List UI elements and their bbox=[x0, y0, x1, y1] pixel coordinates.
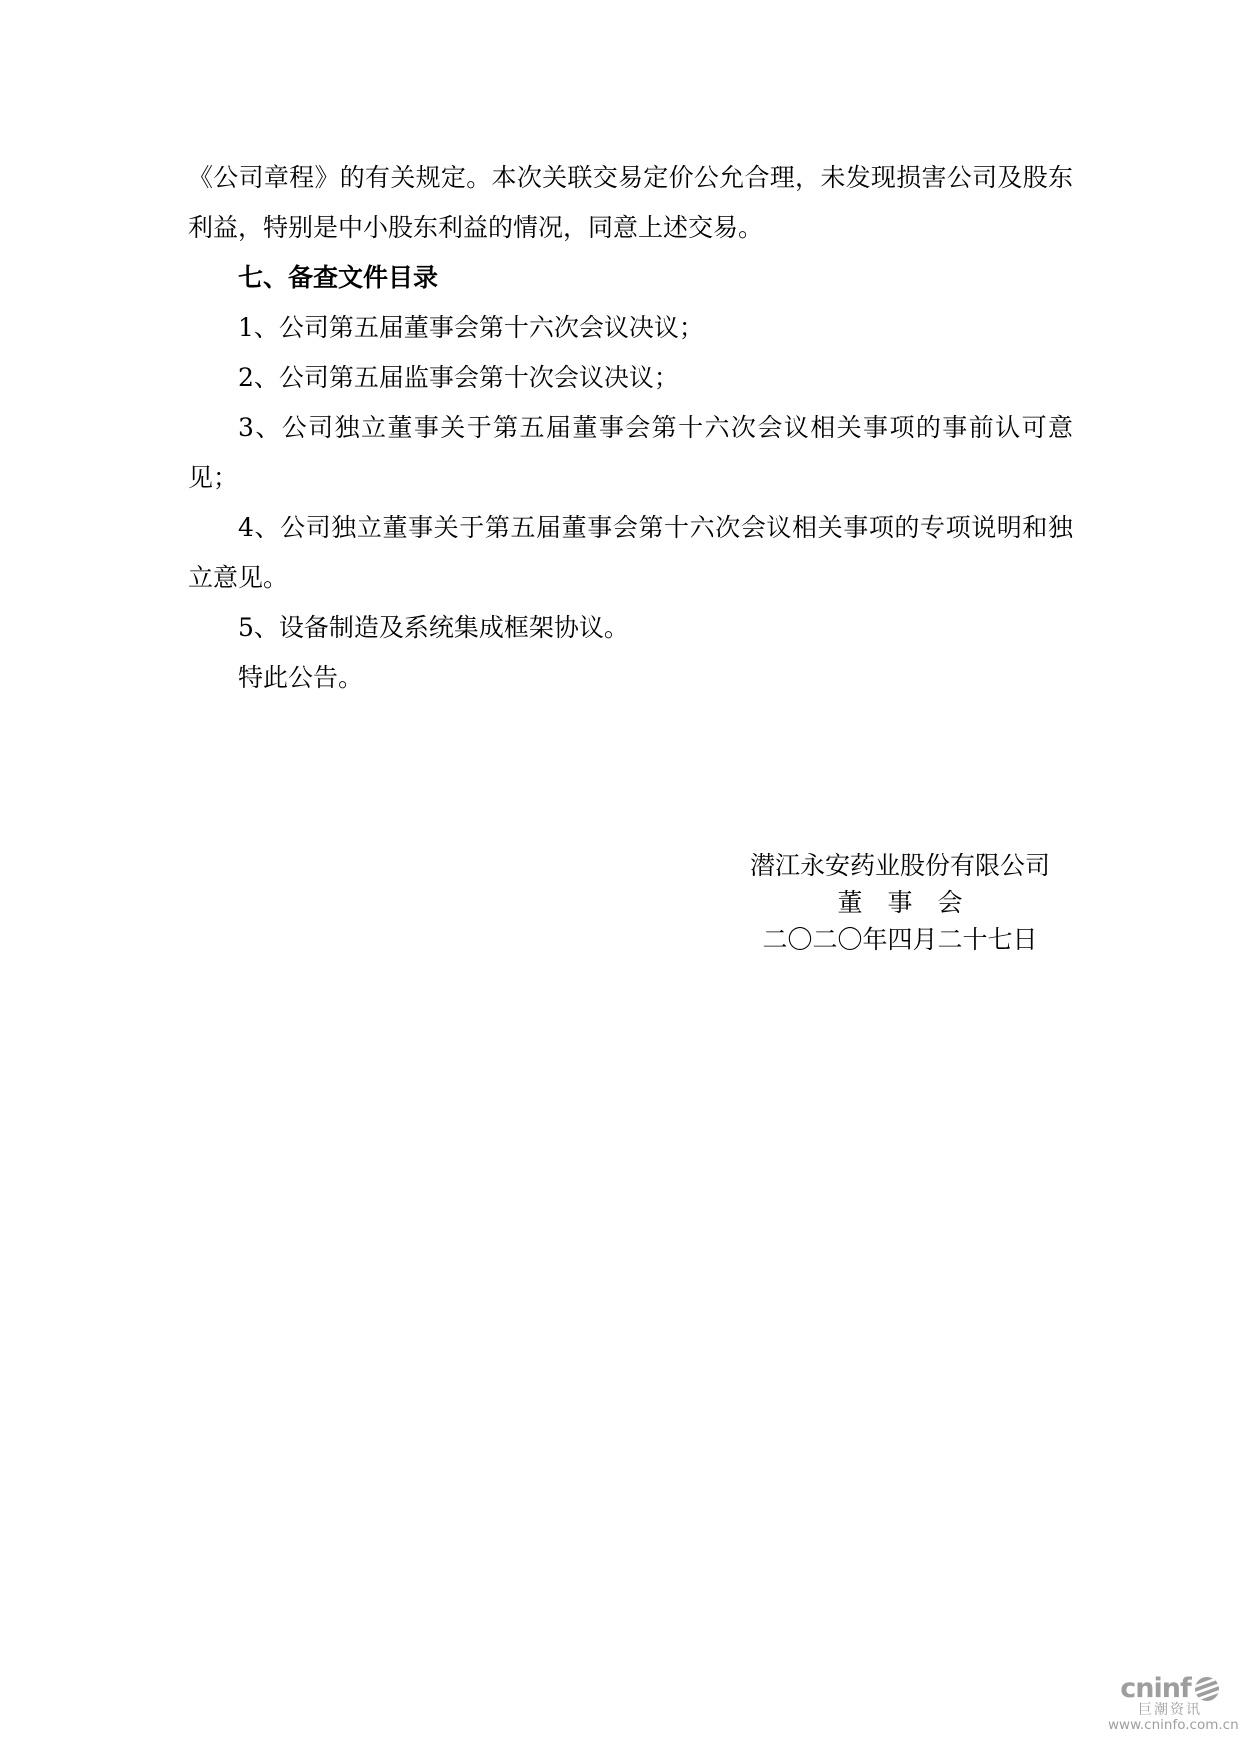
cninfo-globe-icon bbox=[1194, 1676, 1220, 1702]
cninfo-watermark: cninf 巨潮资讯 www.cninfo.com.cn bbox=[1108, 1675, 1232, 1733]
list-item-3: 3、公司独立董事关于第五届董事会第十六次会议相关事项的事前认可意见； bbox=[188, 403, 1073, 503]
cninfo-logo-row: cninf bbox=[1108, 1675, 1232, 1702]
document-body: 《公司章程》的有关规定。本次关联交易定价公允合理，未发现损害公司及股东利益，特别… bbox=[188, 153, 1073, 958]
cninfo-logo-caption: 巨潮资讯 bbox=[1108, 1703, 1232, 1718]
paragraph-continuation: 《公司章程》的有关规定。本次关联交易定价公允合理，未发现损害公司及股东利益，特别… bbox=[188, 153, 1073, 253]
closing-statement: 特此公告。 bbox=[188, 653, 1073, 703]
announcement-page: 《公司章程》的有关规定。本次关联交易定价公允合理，未发现损害公司及股东利益，特别… bbox=[0, 0, 1241, 1754]
signature-board: 董 事 会 bbox=[750, 884, 1050, 921]
list-item-2: 2、公司第五届监事会第十次会议决议； bbox=[188, 353, 1073, 403]
signature-company: 潜江永安药业股份有限公司 bbox=[750, 847, 1050, 884]
list-item-5: 5、设备制造及系统集成框架协议。 bbox=[188, 603, 1073, 653]
cninfo-logo-url: www.cninfo.com.cn bbox=[1108, 1718, 1232, 1733]
list-item-4: 4、公司独立董事关于第五届董事会第十六次会议相关事项的专项说明和独立意见。 bbox=[188, 503, 1073, 603]
signature-block: 潜江永安药业股份有限公司 董 事 会 二〇二〇年四月二十七日 bbox=[750, 847, 1050, 958]
section-heading: 七、备查文件目录 bbox=[188, 253, 1073, 303]
cninfo-logo-text: cninf bbox=[1120, 1675, 1190, 1702]
signature-date: 二〇二〇年四月二十七日 bbox=[750, 921, 1050, 958]
list-item-1: 1、公司第五届董事会第十六次会议决议； bbox=[188, 303, 1073, 353]
